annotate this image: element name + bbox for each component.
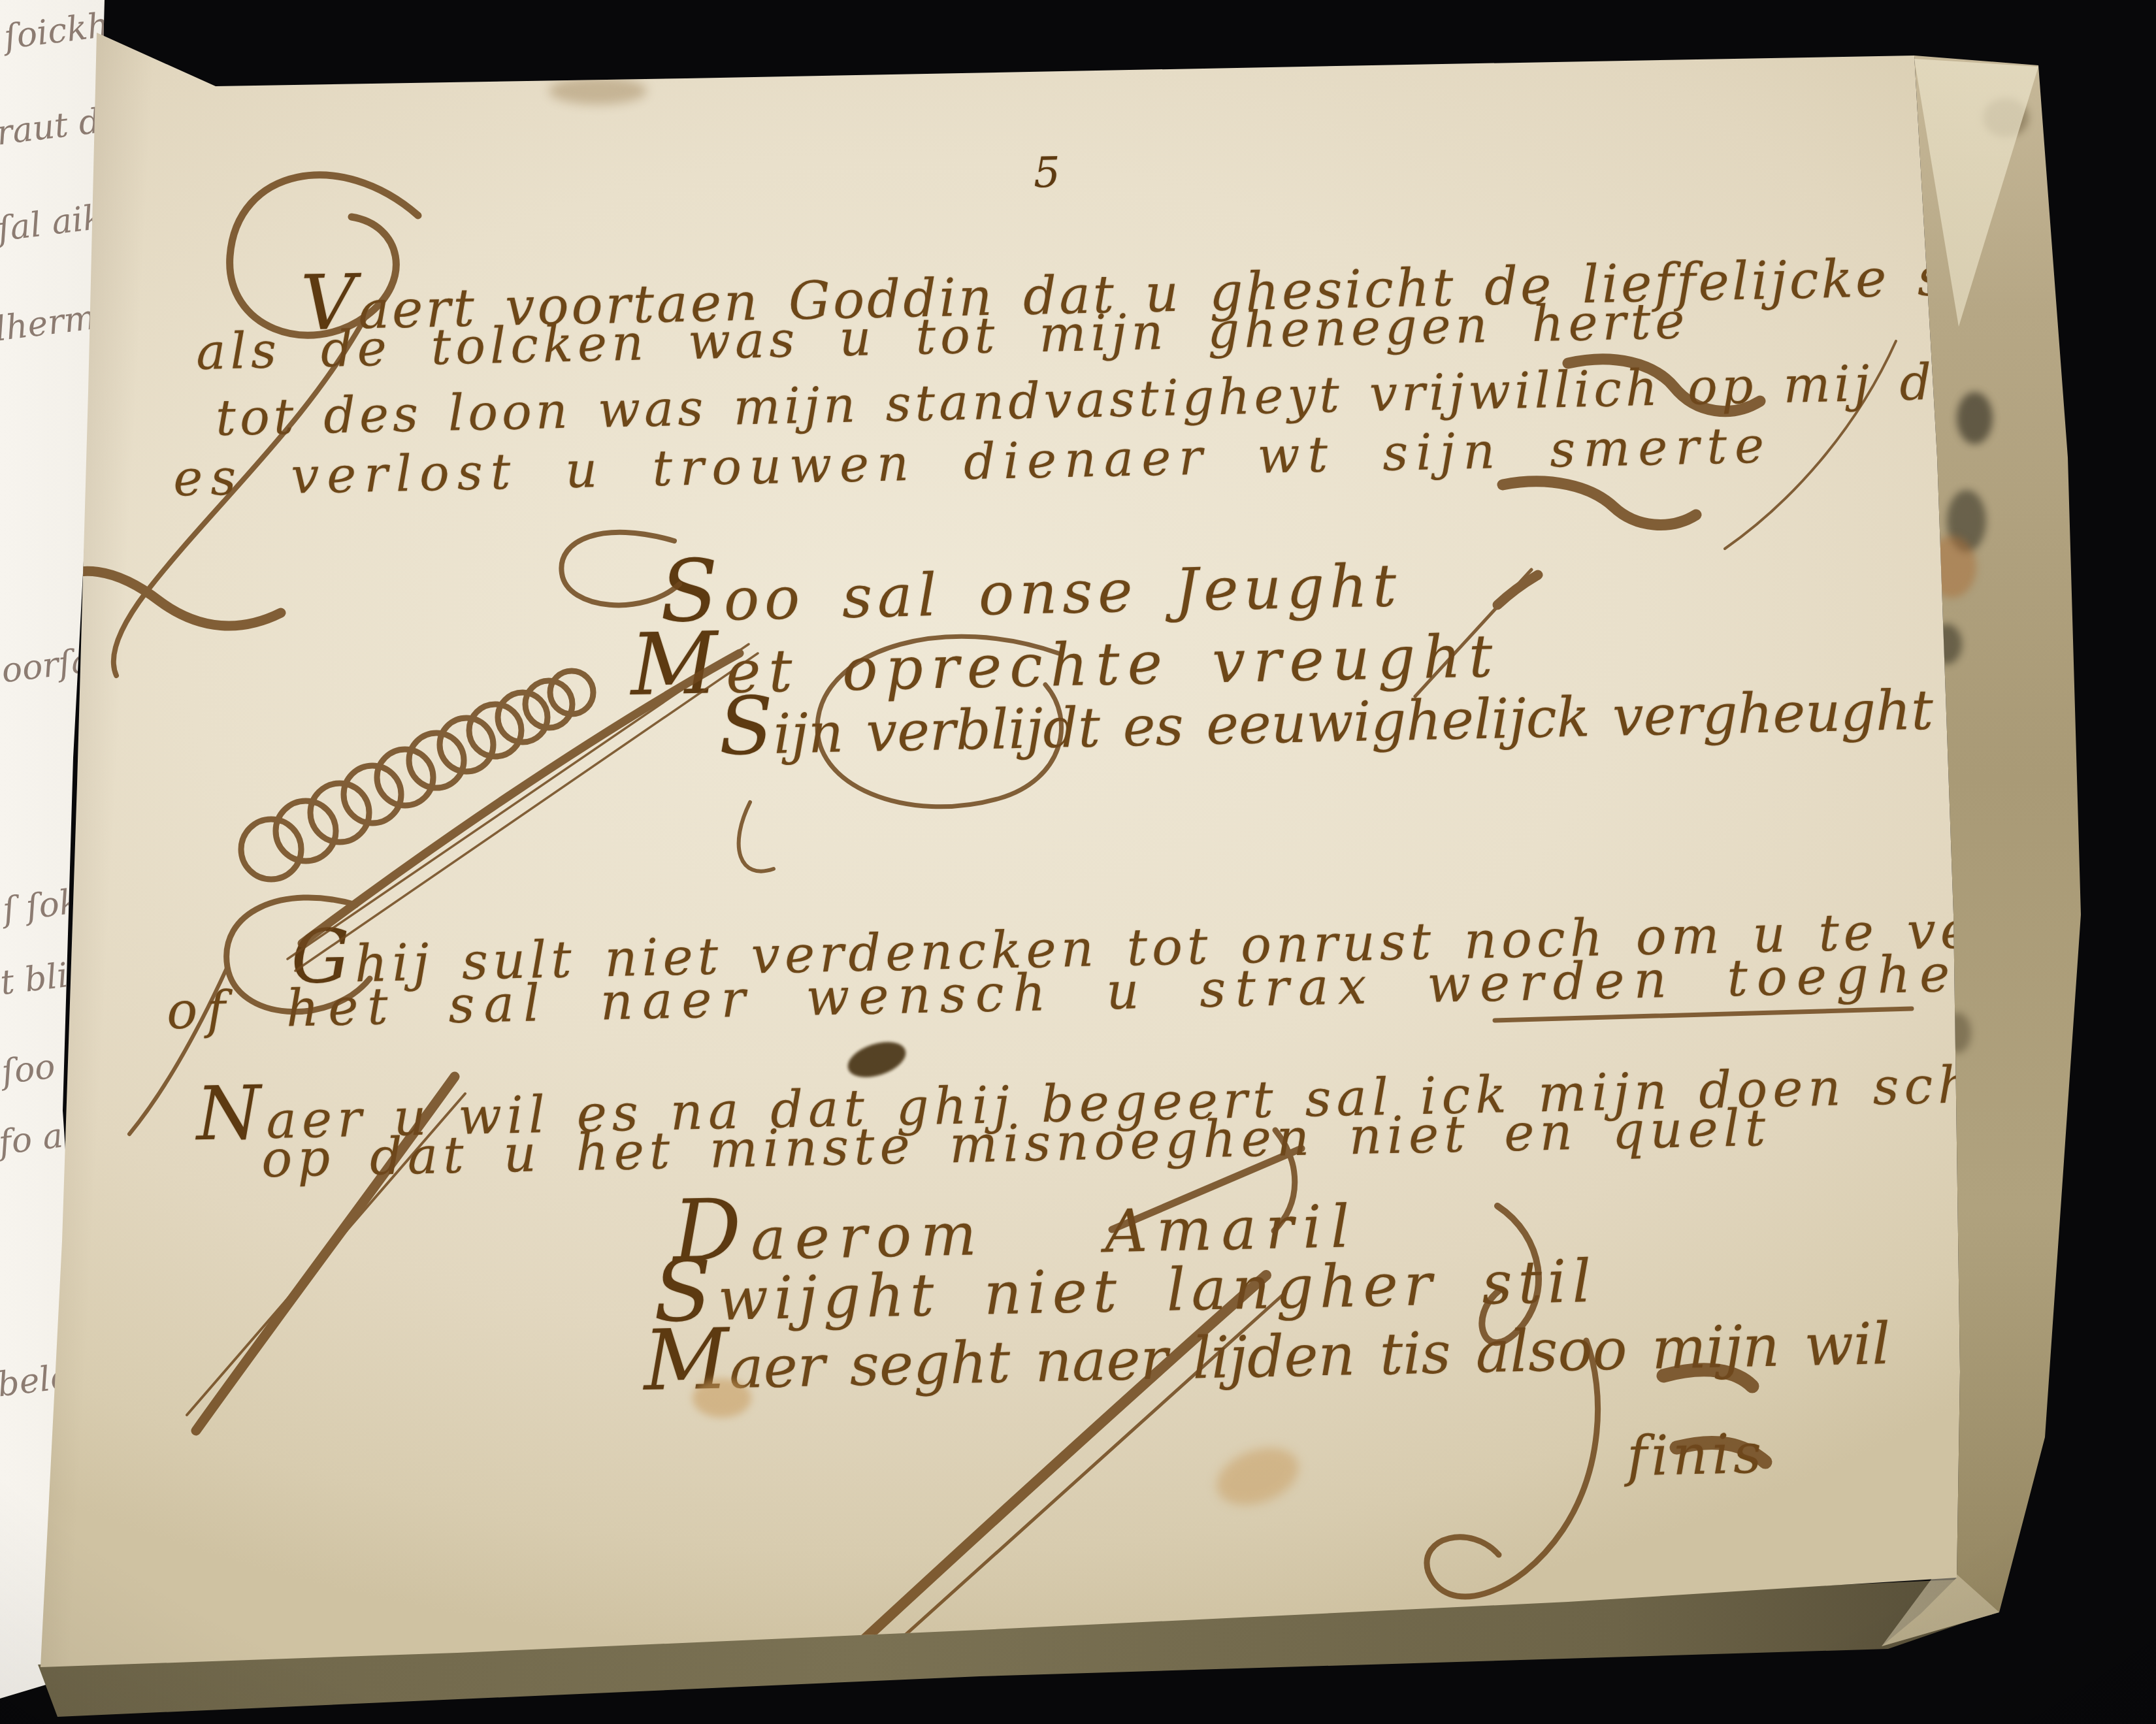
flourish-finis-dash [1676,1442,1765,1462]
facing-page-text-fragment: raut d [0,101,103,153]
flourish-loop [227,898,370,1012]
facing-page-text-fragment: ſoickh [2,5,111,57]
flourish-finis [1427,1341,1598,1597]
flourish-swash [1503,481,1696,525]
flourish-circle [817,636,1061,806]
flourish-cross [1112,1148,1301,1229]
flourish-initial [230,175,418,335]
facing-page-text-fragment: ſal aik [0,197,106,249]
flourish-curl [1482,1206,1539,1342]
flourish-swash [1568,359,1760,412]
flourish-tail [739,802,774,871]
flourish-hairline [1725,341,1896,549]
flourish-cross [1274,1130,1295,1231]
flourish-diagonal [844,1275,1266,1658]
manuscript-page: 5 Vaert voortaen Goddin dat u ghesicht d… [0,0,2156,1724]
flourish-loop [129,967,227,1134]
ink-flourishes [0,0,2156,1724]
binding-stain [1957,392,1993,444]
flourish-hairline [187,1094,465,1415]
flourish-finis-dash [1663,1370,1752,1386]
flourish-strike [1495,1009,1912,1020]
flourish-hairline [864,1292,1286,1672]
flourish-oval [561,532,679,606]
flourish-swash [1497,575,1538,605]
